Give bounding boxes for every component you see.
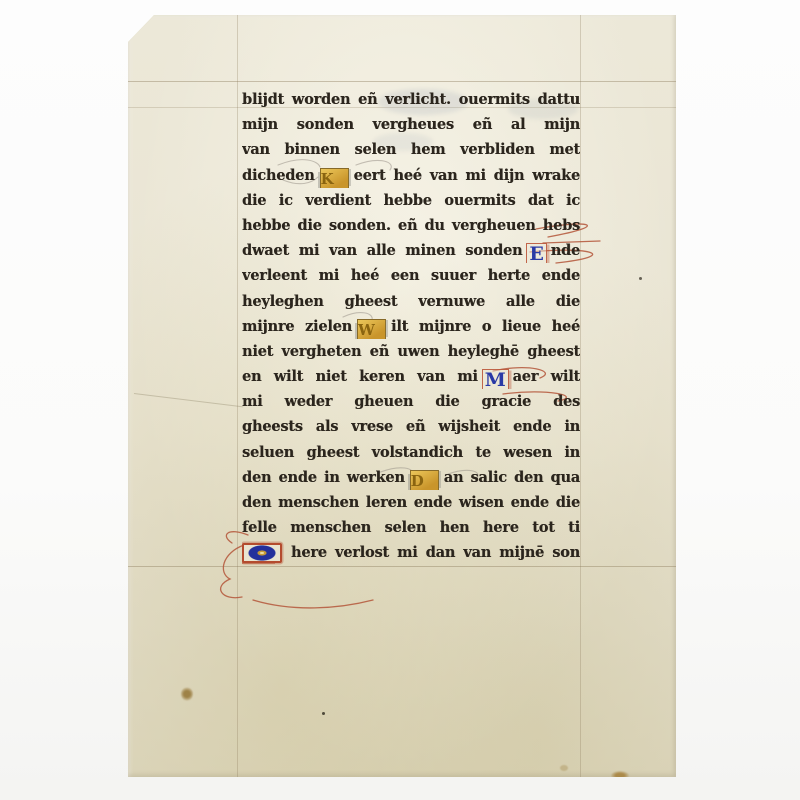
- stain: [181, 687, 193, 701]
- line-text: den ende in werken: [242, 469, 405, 486]
- line-text: dicheden: [242, 167, 315, 184]
- crease-mark: [134, 393, 243, 407]
- stain: [611, 771, 629, 780]
- illuminated-initial-d: D: [410, 470, 439, 490]
- manuscript-line: felle menschen selen hen here tot ti kee…: [242, 515, 580, 540]
- line-text: ilt mijnre o lieue heé: [391, 318, 580, 335]
- ink-speck: [322, 712, 325, 715]
- line-text: mijnre zielen: [242, 318, 352, 335]
- ink-speck: [639, 277, 642, 280]
- manuscript-line: seluen gheest volstandich te wesen in wo…: [242, 440, 580, 465]
- manuscript-line: mijnre zielenWilt mijnre o lieue heé: [242, 314, 580, 339]
- ruling-line: [580, 15, 581, 777]
- stain: [560, 765, 568, 771]
- line-text: niet vergheten eñ uwen heyleghē gheest: [242, 343, 580, 360]
- manuscript-line: den menschen leren ende wisen ende die: [242, 490, 580, 515]
- line-text: aer wilt: [513, 368, 580, 385]
- manuscript-line: en wilt niet keren van miMaer wilt: [242, 364, 580, 389]
- line-text: hebbe die sonden. eñ du vergheuen hebs e…: [242, 217, 580, 238]
- manuscript-line: niet vergheten eñ uwen heyleghē gheest: [242, 339, 580, 364]
- line-text: verleent mi heé een suuer herte ende met…: [242, 267, 580, 288]
- illuminated-initial-e: E: [526, 243, 546, 263]
- ruling-line: [128, 566, 676, 567]
- photo-background: blijdt worden eñ verlicht. ouermits datt…: [0, 0, 800, 800]
- line-text: seluen gheest volstandich te wesen in wo…: [242, 444, 580, 465]
- manuscript-line: heyleghen gheest vernuwe alle die cracht…: [242, 289, 580, 314]
- manuscript-line: mi weder gheuen die gracie des heyleghen: [242, 389, 580, 414]
- manuscript-line: van binnen selen hem verbliden met oetmo…: [242, 137, 580, 162]
- manuscript-line: den ende in werkenDan salic den qua: [242, 465, 580, 490]
- line-text: mijn sonden vergheues eñ al mijn crachte…: [242, 116, 580, 137]
- manuscript-line: Ohere verlost mi dan van mijnē son: [242, 540, 580, 565]
- line-text: den menschen leren ende wisen ende die: [242, 494, 580, 511]
- illuminated-initial-w: W: [357, 319, 386, 339]
- line-text: felle menschen selen hen here tot ti kee…: [242, 519, 580, 540]
- line-text: mi weder gheuen die gracie des heyleghen: [242, 393, 580, 414]
- line-text: die ic verdient hebbe ouermits dat ic gh…: [242, 192, 580, 213]
- manuscript-line: verleent mi heé een suuer herte ende met…: [242, 263, 580, 288]
- vellum-leaf: blijdt worden eñ verlicht. ouermits datt…: [128, 15, 676, 777]
- illuminated-initial-k: K: [320, 168, 349, 188]
- line-text: an salic den qua: [444, 469, 580, 486]
- manuscript-line: dichedenKeert heé van mi dijn wrake: [242, 163, 580, 188]
- manuscript-line: hebbe die sonden. eñ du vergheuen hebs e…: [242, 213, 580, 238]
- line-text: eert heé van mi dijn wrake: [354, 167, 580, 184]
- manuscript-line: die ic verdient hebbe ouermits dat ic gh…: [242, 188, 580, 213]
- manuscript-line: mijn sonden vergheues eñ al mijn crachte…: [242, 112, 580, 137]
- line-text: heyleghen gheest vernuwe alle die cracht…: [242, 293, 580, 314]
- line-text: en wilt niet keren van mi: [242, 368, 478, 385]
- text-block: blijdt worden eñ verlicht. ouermits datt…: [242, 87, 580, 566]
- line-text: dwaet mi van alle minen sonden: [242, 242, 522, 259]
- line-text: van binnen selen hem verbliden met oetmo…: [242, 141, 580, 162]
- illuminated-initial-m: M: [482, 369, 509, 389]
- line-text: nde: [551, 242, 580, 259]
- manuscript-line: gheests als vrese eñ wijsheit ende in de…: [242, 414, 580, 439]
- ruling-line: [237, 15, 238, 777]
- manuscript-line: dwaet mi van alle minen sondenEnde: [242, 238, 580, 263]
- ruling-line: [128, 81, 676, 82]
- line-text: here verlost mi dan van mijnē son: [291, 544, 580, 561]
- line-text: gheests als vrese eñ wijsheit ende in de…: [242, 418, 580, 439]
- line-text: blijdt worden eñ verlicht. ouermits datt…: [242, 91, 580, 108]
- folded-corner: [128, 15, 155, 43]
- manuscript-line: blijdt worden eñ verlicht. ouermits datt…: [242, 87, 580, 112]
- illuminated-initial-o: O: [242, 543, 282, 563]
